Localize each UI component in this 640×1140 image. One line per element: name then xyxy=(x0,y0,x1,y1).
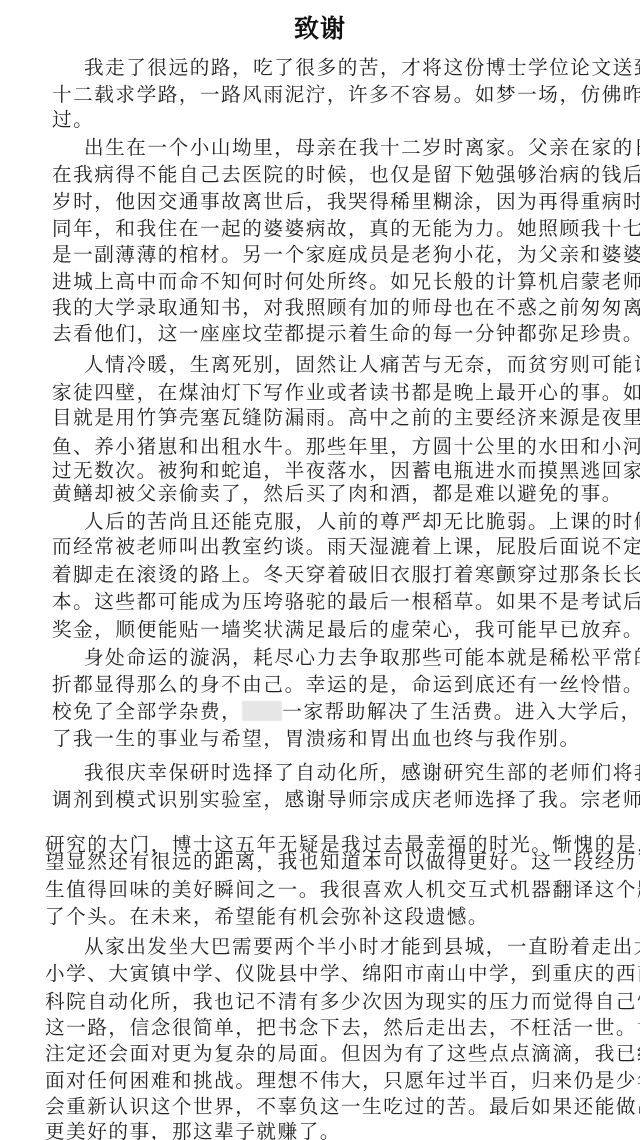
text-line: 更美好的事，那这辈子就赚了。 xyxy=(45,1119,600,1140)
text-line: 目就是用竹笋壳塞瓦缝防漏雨。高中之前的主要经济来源是夜里抓黄鳝、周末钓 xyxy=(52,405,600,431)
text-line: 这一路，信念很简单，把书念下去，然后走出去，不枉活一世。世事难料，未来 xyxy=(45,1015,600,1041)
text-line: 生值得回味的美好瞬间之一。我很喜欢人机交互式机器翻译这个题目，但也仅开 xyxy=(45,877,600,903)
text-line: 人情冷暖，生离死别，固然让人痛苦与无奈，而贫穷则可能让人失去希望。 xyxy=(84,352,600,378)
text-line: 调剂到模式识别实验室，感谢导师宗成庆老师选择了我。宗老师将我引入了科学 xyxy=(52,787,600,813)
text-line: 我很庆幸保研时选择了自动化所，感谢研究生部的老师们将我从别的部门 xyxy=(84,760,600,786)
text-line: 校免了全部学杂费，一家帮助解决了生活费。进入大学后，计算机终于成 xyxy=(52,699,600,725)
text-line: 着脚走在滚烫的路上。冬天穿着破旧衣服打着寒颤穿过那条长长的过道领作业 xyxy=(52,562,600,588)
redacted-name-blur xyxy=(242,701,282,721)
page-title: 致谢 xyxy=(0,14,640,44)
text-line: 过。 xyxy=(52,107,600,133)
text-line: 是一副薄薄的棺材。另一个家庭成员是老狗小花，为父亲和婆婆守过坟，后因我 xyxy=(52,242,600,268)
text-line: 会重新认识这个世界，不辜负这一生吃过的苦。最后如果还能做出点让别人生活 xyxy=(45,1094,600,1120)
text-line: 黄鳝却被父亲偷卖了，然后买了肉和酒，都是难以避免的事。 xyxy=(52,481,600,507)
text-line: 面对任何困难和挑战。理想不伟大，只愿年过半百，归来仍是少年，希望还有机 xyxy=(45,1068,600,1094)
text-line: 小学、大寅镇中学、仪陇县中学、绵阳市南山中学，到重庆的西南大学，再到中 xyxy=(45,961,600,987)
text-line: 我走了很远的路，吃了很多的苦，才将这份博士学位论文送到你的面前。二 xyxy=(84,55,600,81)
text-line: 了个头。在未来，希望能有机会弥补这段遗憾。 xyxy=(45,904,600,930)
text-line: 去看他们，这一座座坟茔都提示着生命的每一分钟都弥足珍贵。 xyxy=(52,321,600,347)
text-line: 我的大学录取通知书，对我照顾有加的师母也在不惑之前匆匆离开人世。每次回 xyxy=(52,295,600,321)
text-line: 而经常被老师叫出教室约谈。雨天湿漉着上课，屁股后面说不定还是泥。夏天光 xyxy=(52,534,600,560)
text-line: 折都显得那么的身不由己。幸运的是，命运到底还有一丝怜惜。进入高中后，学 xyxy=(52,672,600,698)
text-line: 了我一生的事业与希望，胃溃疡和胃出血也终与我作别。 xyxy=(52,726,600,752)
text-segment: 一家帮助解决了生活费。进入大学后，计算机终于成 xyxy=(282,700,640,723)
text-line: 注定还会面对更为复杂的局面。但因为有了这些点点滴滴，我已经有勇气和耐心 xyxy=(45,1041,600,1067)
text-line: 科院自动化所，我也记不清有多少次因为现实的压力而觉得自己快扛不下去了。 xyxy=(45,989,600,1015)
text-line: 十二载求学路，一路风雨泥泞，许多不容易。如梦一场，仿佛昨天一家人才团聚 xyxy=(52,82,600,108)
text-line: 奖金，顺便能贴一墙奖状满足最后的虚荣心，我可能早已放弃。 xyxy=(52,617,600,643)
text-line: 家徒四壁，在煤油灯下写作业或者读书都是晚上最开心的事。如果下雨，保留节 xyxy=(52,380,600,406)
text-line: 从家出发坐大巴需要两个半小时才能到县城，一直盼着走出大山。从炬光乡 xyxy=(84,934,600,960)
text-line: 同年，和我住在一起的婆婆病故，真的无能为力。她照顾我十七年，下葬时却仅 xyxy=(52,216,600,242)
text-line: 进城上高中而命不知何时何处所终。如兄长般的计算机启蒙老师没能看到 xyxy=(52,269,600,295)
text-segment: 校免了全部学杂费， xyxy=(52,700,242,723)
text-line: 望显然还有很远的距离，我也知道本可以做得更好。这一段经历已经成为我这一 xyxy=(45,849,600,875)
text-line: 鱼、养小猪崽和出租水牛。那些年里，方圆十公里的水田和小河都被我用脚测量 xyxy=(52,434,600,460)
text-line: 人后的苦尚且还能克服，人前的尊严却无比脆弱。上课的时候，因拖欠学费 xyxy=(84,509,600,535)
text-line: 在我病得不能自己去医院的时候，也仅是留下勉强够治病的钱后又走了。我十七 xyxy=(52,162,600,188)
text-line: 本。这些都可能成为压垮骆驼的最后一根稻草。如果不是考试后常能从主席台领 xyxy=(52,589,600,615)
text-line: 身处命运的漩涡，耗尽心力去争取那些可能本就是稀松平常的东西，每次转 xyxy=(84,645,600,671)
text-line: 出生在一个小山坳里，母亲在我十二岁时离家。父亲在家的日子不多，即便 xyxy=(84,135,600,161)
text-line: 岁时，他因交通事故离世后，我哭得稀里糊涂，因为再得重病时没有谁来管我了。 xyxy=(52,189,600,215)
text-segment: 进城上高中而命不知何时何处所终。如兄长般的计算机启蒙老师 xyxy=(52,270,640,293)
